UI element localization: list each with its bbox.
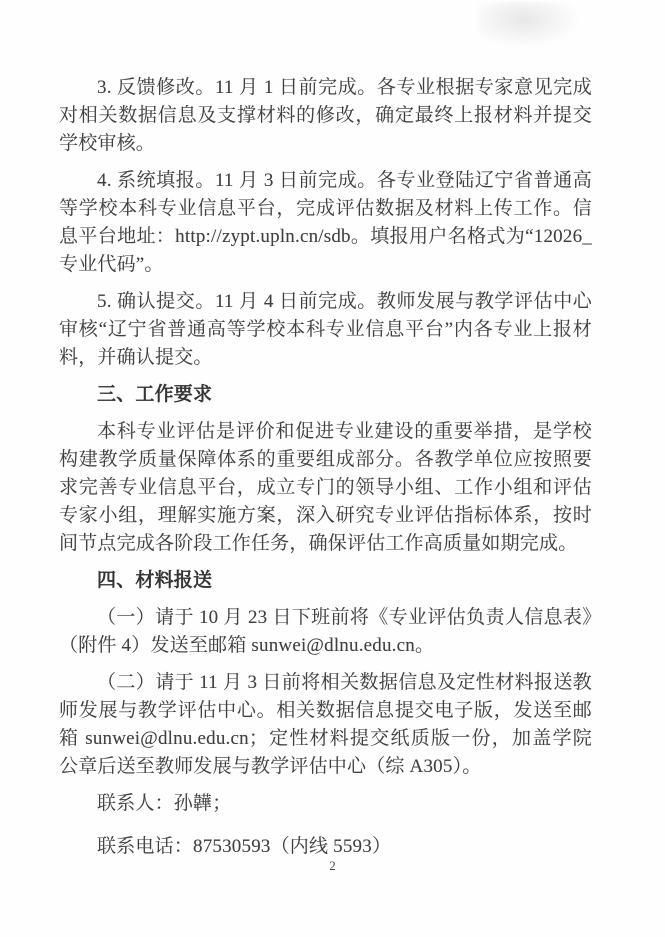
paragraph-material-item-2: （二）请于 11 月 3 日前将相关数据信息及定性材料报送教师发展与教学评估中心… <box>59 669 592 781</box>
section-heading-work-requirements: 三、工作要求 <box>59 381 592 409</box>
paragraph-material-item-1: （一）请于 10 月 23 日下班前将《专业评估负责人信息表》（附件 4）发送至… <box>59 604 592 660</box>
document-page: 3. 反馈修改。11 月 1 日前完成。各专业根据专家意见完成对相关数据信息及支… <box>0 0 665 937</box>
section-heading-material-submission: 四、材料报送 <box>59 567 592 595</box>
contact-person-line: 联系人：孙韡； <box>59 790 592 818</box>
scan-smudge-artifact <box>478 2 578 46</box>
contact-phone-line: 联系电话：87530593（内线 5593） <box>59 833 592 861</box>
page-number: 2 <box>0 858 665 874</box>
paragraph-step3-feedback-revision: 3. 反馈修改。11 月 1 日前完成。各专业根据专家意见完成对相关数据信息及支… <box>59 74 592 158</box>
paragraph-step4-system-entry: 4. 系统填报。11 月 3 日前完成。各专业登陆辽宁省普通高等学校本科专业信息… <box>59 167 592 279</box>
paragraph-step5-confirm-submission: 5. 确认提交。11 月 4 日前完成。教师发展与教学评估中心审核“辽宁省普通高… <box>59 288 592 372</box>
paragraph-work-requirements: 本科专业评估是评价和促进专业建设的重要举措，是学校构建教学质量保障体系的重要组成… <box>59 418 592 558</box>
document-body: 3. 反馈修改。11 月 1 日前完成。各专业根据专家意见完成对相关数据信息及支… <box>59 74 592 870</box>
